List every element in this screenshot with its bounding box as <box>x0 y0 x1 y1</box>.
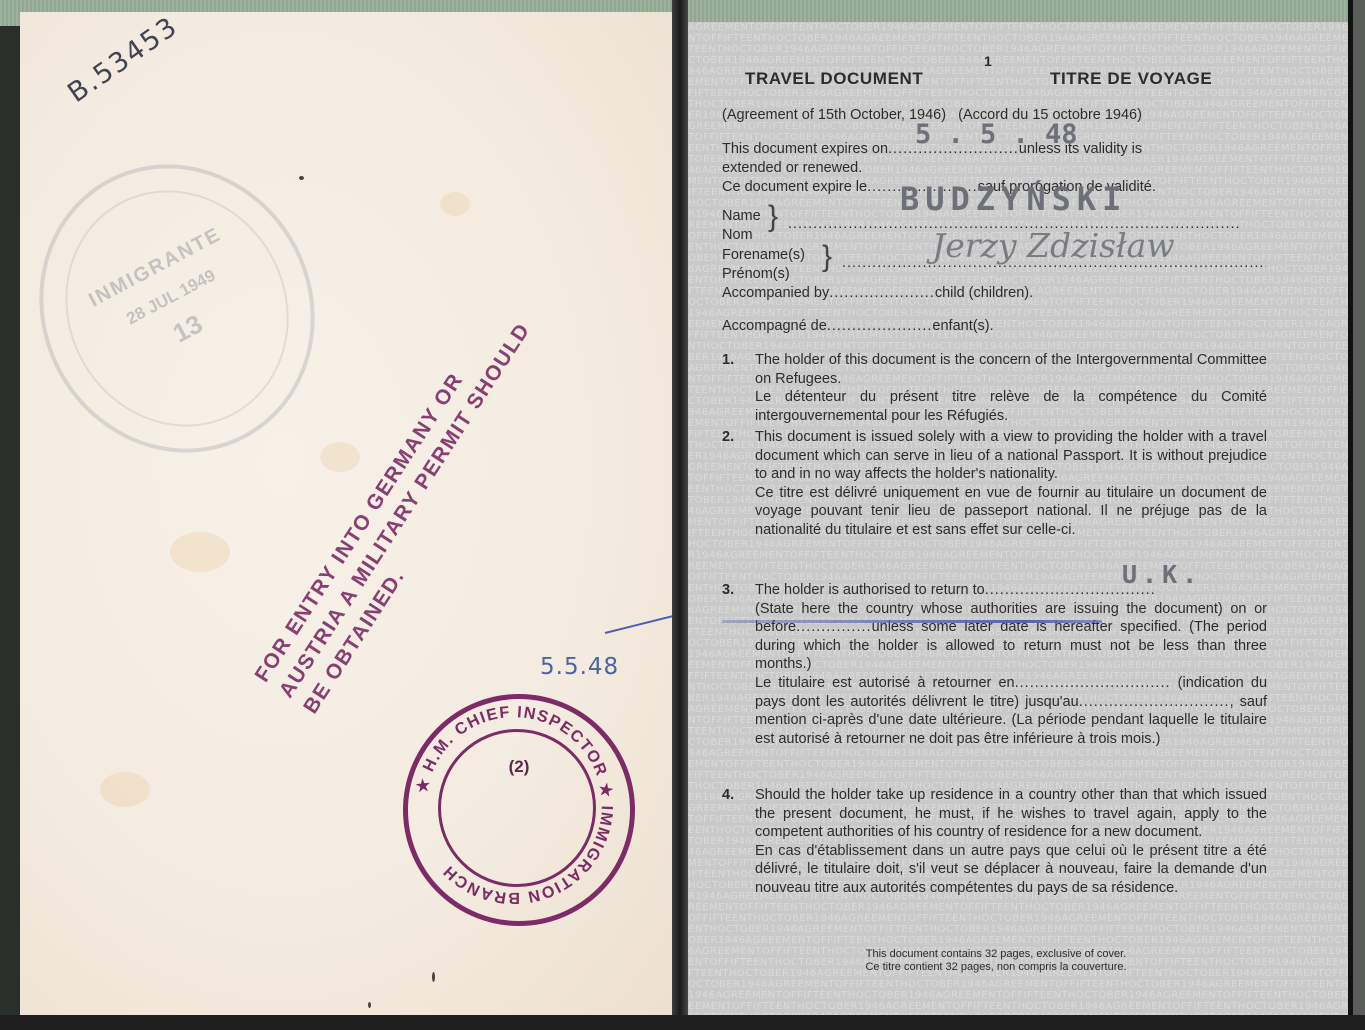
ink-speck <box>368 1002 371 1008</box>
ink-speck <box>299 176 304 180</box>
clause-2: 2. This document is issued solely with a… <box>722 428 1270 540</box>
cover-edge-bottom <box>0 1015 1365 1030</box>
clause-fr: En cas d'établissement dans un autre pay… <box>755 842 1267 898</box>
name-label-en: Name <box>722 207 761 226</box>
label: Accompagné de <box>722 318 827 334</box>
svg-text:★ H.M. CHIEF INSPECTOR ★ IMMIG: ★ H.M. CHIEF INSPECTOR ★ IMMIGRATION BRA… <box>413 703 616 907</box>
clause-fr: Le détenteur du présent titre relève de … <box>755 388 1267 425</box>
forename-label-fr: Prénom(s) <box>722 265 790 284</box>
forenames-value: Jerzy Zdzisław <box>932 237 1175 256</box>
clause-fr: Ce titre est délivré uniquement en vue d… <box>755 484 1267 540</box>
footer-en: This document contains 32 pages, exclusi… <box>722 948 1270 961</box>
stain <box>170 532 230 572</box>
stain <box>320 442 360 472</box>
clause-en: The holder of this document is the conce… <box>755 351 1267 388</box>
clause-number: 2. <box>722 428 734 447</box>
serial-number: B.53453 <box>62 12 184 109</box>
label: Accompanied by <box>722 285 829 301</box>
stain <box>100 772 150 807</box>
agreement-en: (Agreement of 15th October, 1946) <box>722 107 946 123</box>
expiry-line-en-2: extended or renewed. <box>722 159 862 178</box>
stain <box>440 192 470 216</box>
clause-number: 3. <box>722 581 734 600</box>
cover-edge-right <box>1348 0 1365 1030</box>
page-count-footer: This document contains 32 pages, exclusi… <box>722 948 1270 974</box>
label: Ce document expire le <box>722 179 867 195</box>
brace: } <box>822 248 832 267</box>
accompanied-fr: Accompagné de.....................enfant… <box>722 317 994 336</box>
page-number: 1 <box>984 52 992 71</box>
title-en: TRAVEL DOCUMENT <box>745 69 923 88</box>
surname-value: BUDZYŃSKI <box>900 190 1127 209</box>
right-page: AGREEMENTOFFIFTEENTHOCTOBER1946AGREEMENT… <box>688 22 1348 1025</box>
label: child (children). <box>935 285 1033 301</box>
return-country-value: U.K. <box>1122 566 1202 585</box>
immigration-branch-stamp: ★ H.M. CHIEF INSPECTOR ★ IMMIGRATION BRA… <box>403 694 635 926</box>
clause-en: Should the holder take up residence in a… <box>755 786 1267 842</box>
title-fr: TITRE DE VOYAGE <box>1050 70 1212 89</box>
clause-4: 4. Should the holder take up residence i… <box>722 786 1270 898</box>
name-label-fr: Nom <box>722 226 753 245</box>
handwritten-date: 5.5.48 <box>540 654 619 680</box>
document-title: TRAVEL DOCUMENT TITRE DE VOYAGE <box>745 70 1265 89</box>
left-page: B.53453 INMIGRANTE 28 JUL 1949 13 FOR EN… <box>20 12 678 1015</box>
stamp-ring-text: ★ H.M. CHIEF INSPECTOR ★ IMMIGRATION BRA… <box>408 699 620 911</box>
label: Le titulaire est autorisé à retourner en <box>755 675 1015 691</box>
stamp-center-number: (2) <box>408 757 630 777</box>
stamp-line: AUSTRIA A MILITARY PERMIT SHOULD <box>272 317 537 703</box>
forename-label-en: Forename(s) <box>722 246 805 265</box>
pen-stroke <box>722 620 1102 623</box>
footer-fr: Ce titre contient 32 pages, non compris … <box>722 961 1270 974</box>
clause-number: 1. <box>722 351 734 370</box>
book-spine <box>672 0 688 1030</box>
brace: } <box>768 208 778 227</box>
label: This document expires on <box>722 141 888 157</box>
clause-en: This document is issued solely with a vi… <box>755 428 1267 484</box>
argentina-immigration-stamp: INMIGRANTE 28 JUL 1949 13 <box>20 116 365 501</box>
clause-3: 3. The holder is authorised to return to… <box>722 581 1270 748</box>
pen-stroke <box>605 610 678 634</box>
clause-1: 1. The holder of this document is the co… <box>722 351 1270 425</box>
label: The holder is authorised to return to <box>755 582 985 598</box>
expiry-date-value: 5 . 5 . 48 <box>915 126 1078 145</box>
accompanied-en: Accompanied by.....................child… <box>722 284 1033 303</box>
label: enfant(s). <box>932 318 993 334</box>
ink-speck <box>432 972 435 982</box>
clause-number: 4. <box>722 786 734 805</box>
